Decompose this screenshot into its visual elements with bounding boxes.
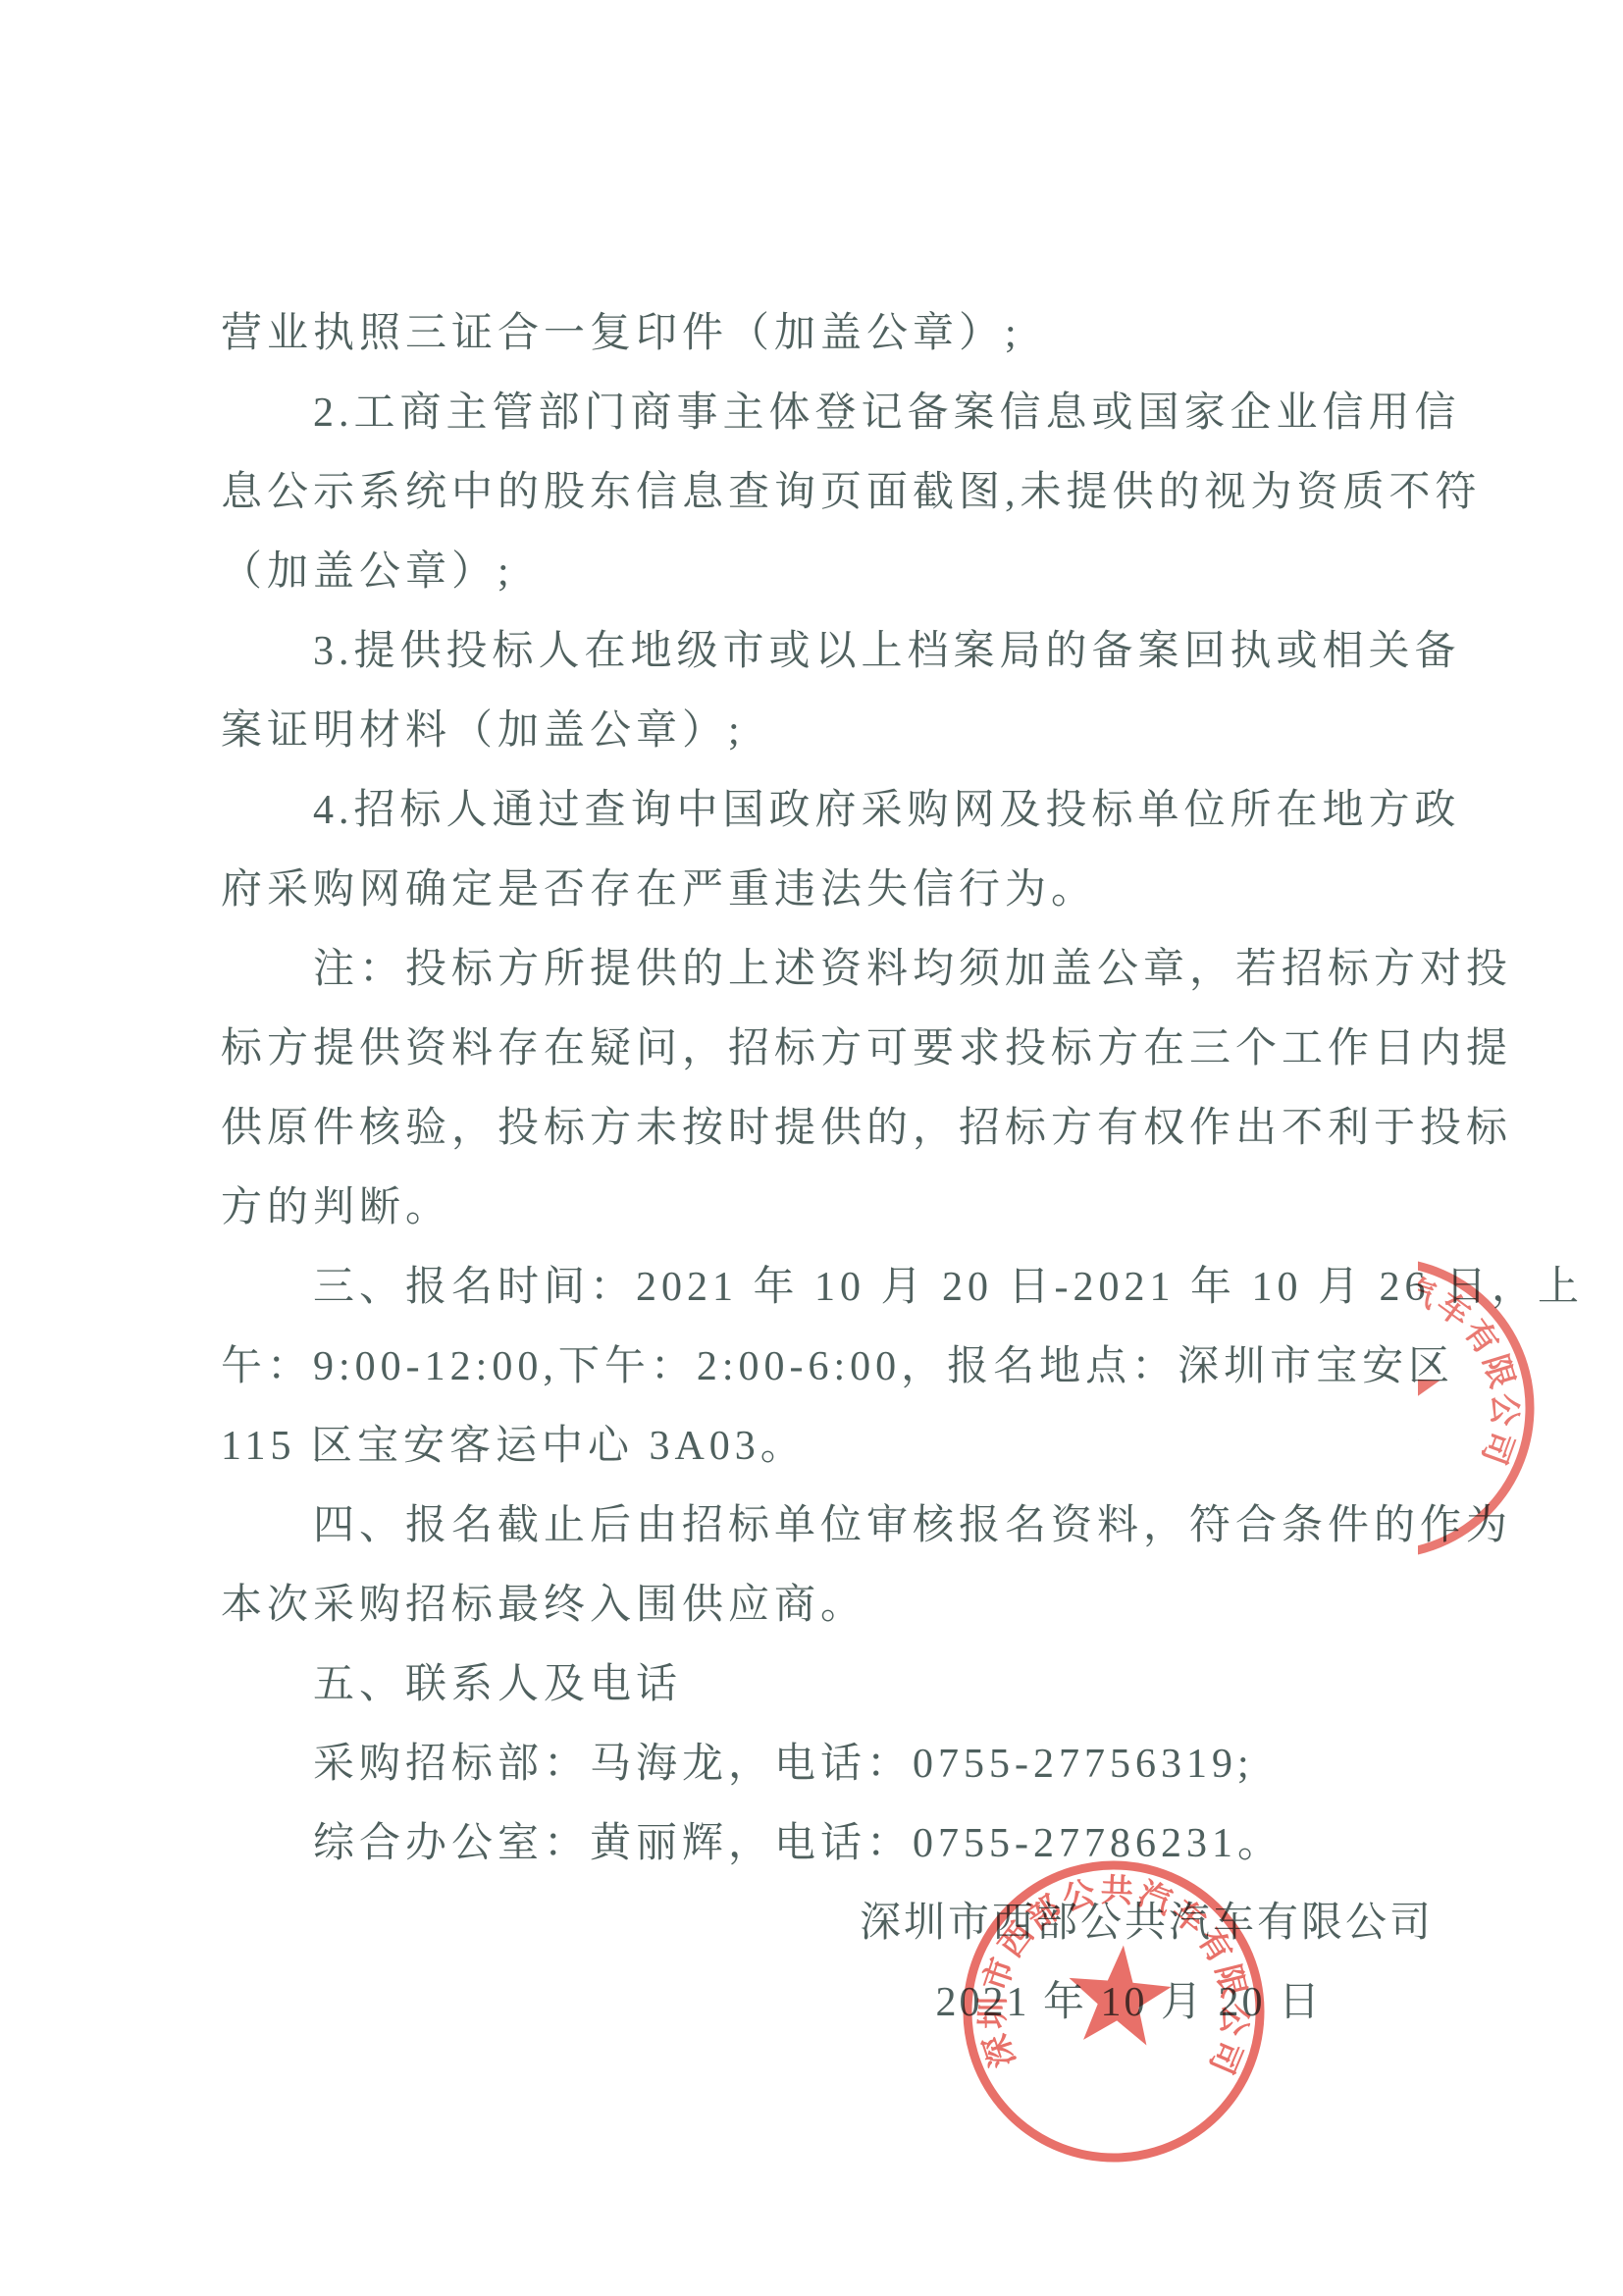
text-line: 方的判断。	[221, 1169, 1469, 1248]
document-page: 营业执照三证合一复印件（加盖公章）;2.工商主管部门商事主体登记备案信息或国家企…	[0, 0, 1623, 2296]
text-line: 营业执照三证合一复印件（加盖公章）;	[221, 294, 1469, 374]
text-line: 五、联系人及电话	[221, 1645, 1469, 1725]
text-line: 标方提供资料存在疑问，招标方可要求投标方在三个工作日内提	[221, 1010, 1469, 1089]
text-line: 采购招标部：马海龙，电话：0755-27756319;	[221, 1725, 1469, 1804]
text-line: 2.工商主管部门商事主体登记备案信息或国家企业信用信	[221, 374, 1469, 453]
text-line: 案证明材料（加盖公章）;	[221, 692, 1469, 771]
document-body: 营业执照三证合一复印件（加盖公章）;2.工商主管部门商事主体登记备案信息或国家企…	[221, 294, 1469, 2043]
text-line: 四、报名截止后由招标单位审核报名资料，符合条件的作为	[221, 1487, 1469, 1566]
text-line: （加盖公章）;	[221, 533, 1469, 612]
text-line: 4.招标人通过查询中国政府采购网及投标单位所在地方政	[221, 771, 1469, 851]
text-line: 115 区宝安客运中心 3A03。	[221, 1407, 1469, 1487]
text-line: 3.提供投标人在地级市或以上档案局的备案回执或相关备	[221, 612, 1469, 692]
text-line: 府采购网确定是否存在严重违法失信行为。	[221, 851, 1469, 930]
text-line: 深圳市西部公共汽车有限公司	[221, 1884, 1469, 1963]
text-line: 供原件核验，投标方未按时提供的，招标方有权作出不利于投标	[221, 1089, 1469, 1169]
text-line: 2021 年 10 月 20 日	[221, 1963, 1469, 2043]
text-line: 注：投标方所提供的上述资料均须加盖公章，若招标方对投	[221, 930, 1469, 1010]
text-line: 三、报名时间：2021 年 10 月 20 日-2021 年 10 月 26 日…	[221, 1248, 1469, 1328]
text-line: 综合办公室：黄丽辉，电话：0755-27786231。	[221, 1804, 1469, 1884]
text-line: 本次采购招标最终入围供应商。	[221, 1566, 1469, 1645]
text-line: 息公示系统中的股东信息查询页面截图,未提供的视为资质不符	[221, 453, 1469, 533]
text-line: 午：9:00-12:00,下午：2:00-6:00，报名地点：深圳市宝安区	[221, 1328, 1469, 1407]
